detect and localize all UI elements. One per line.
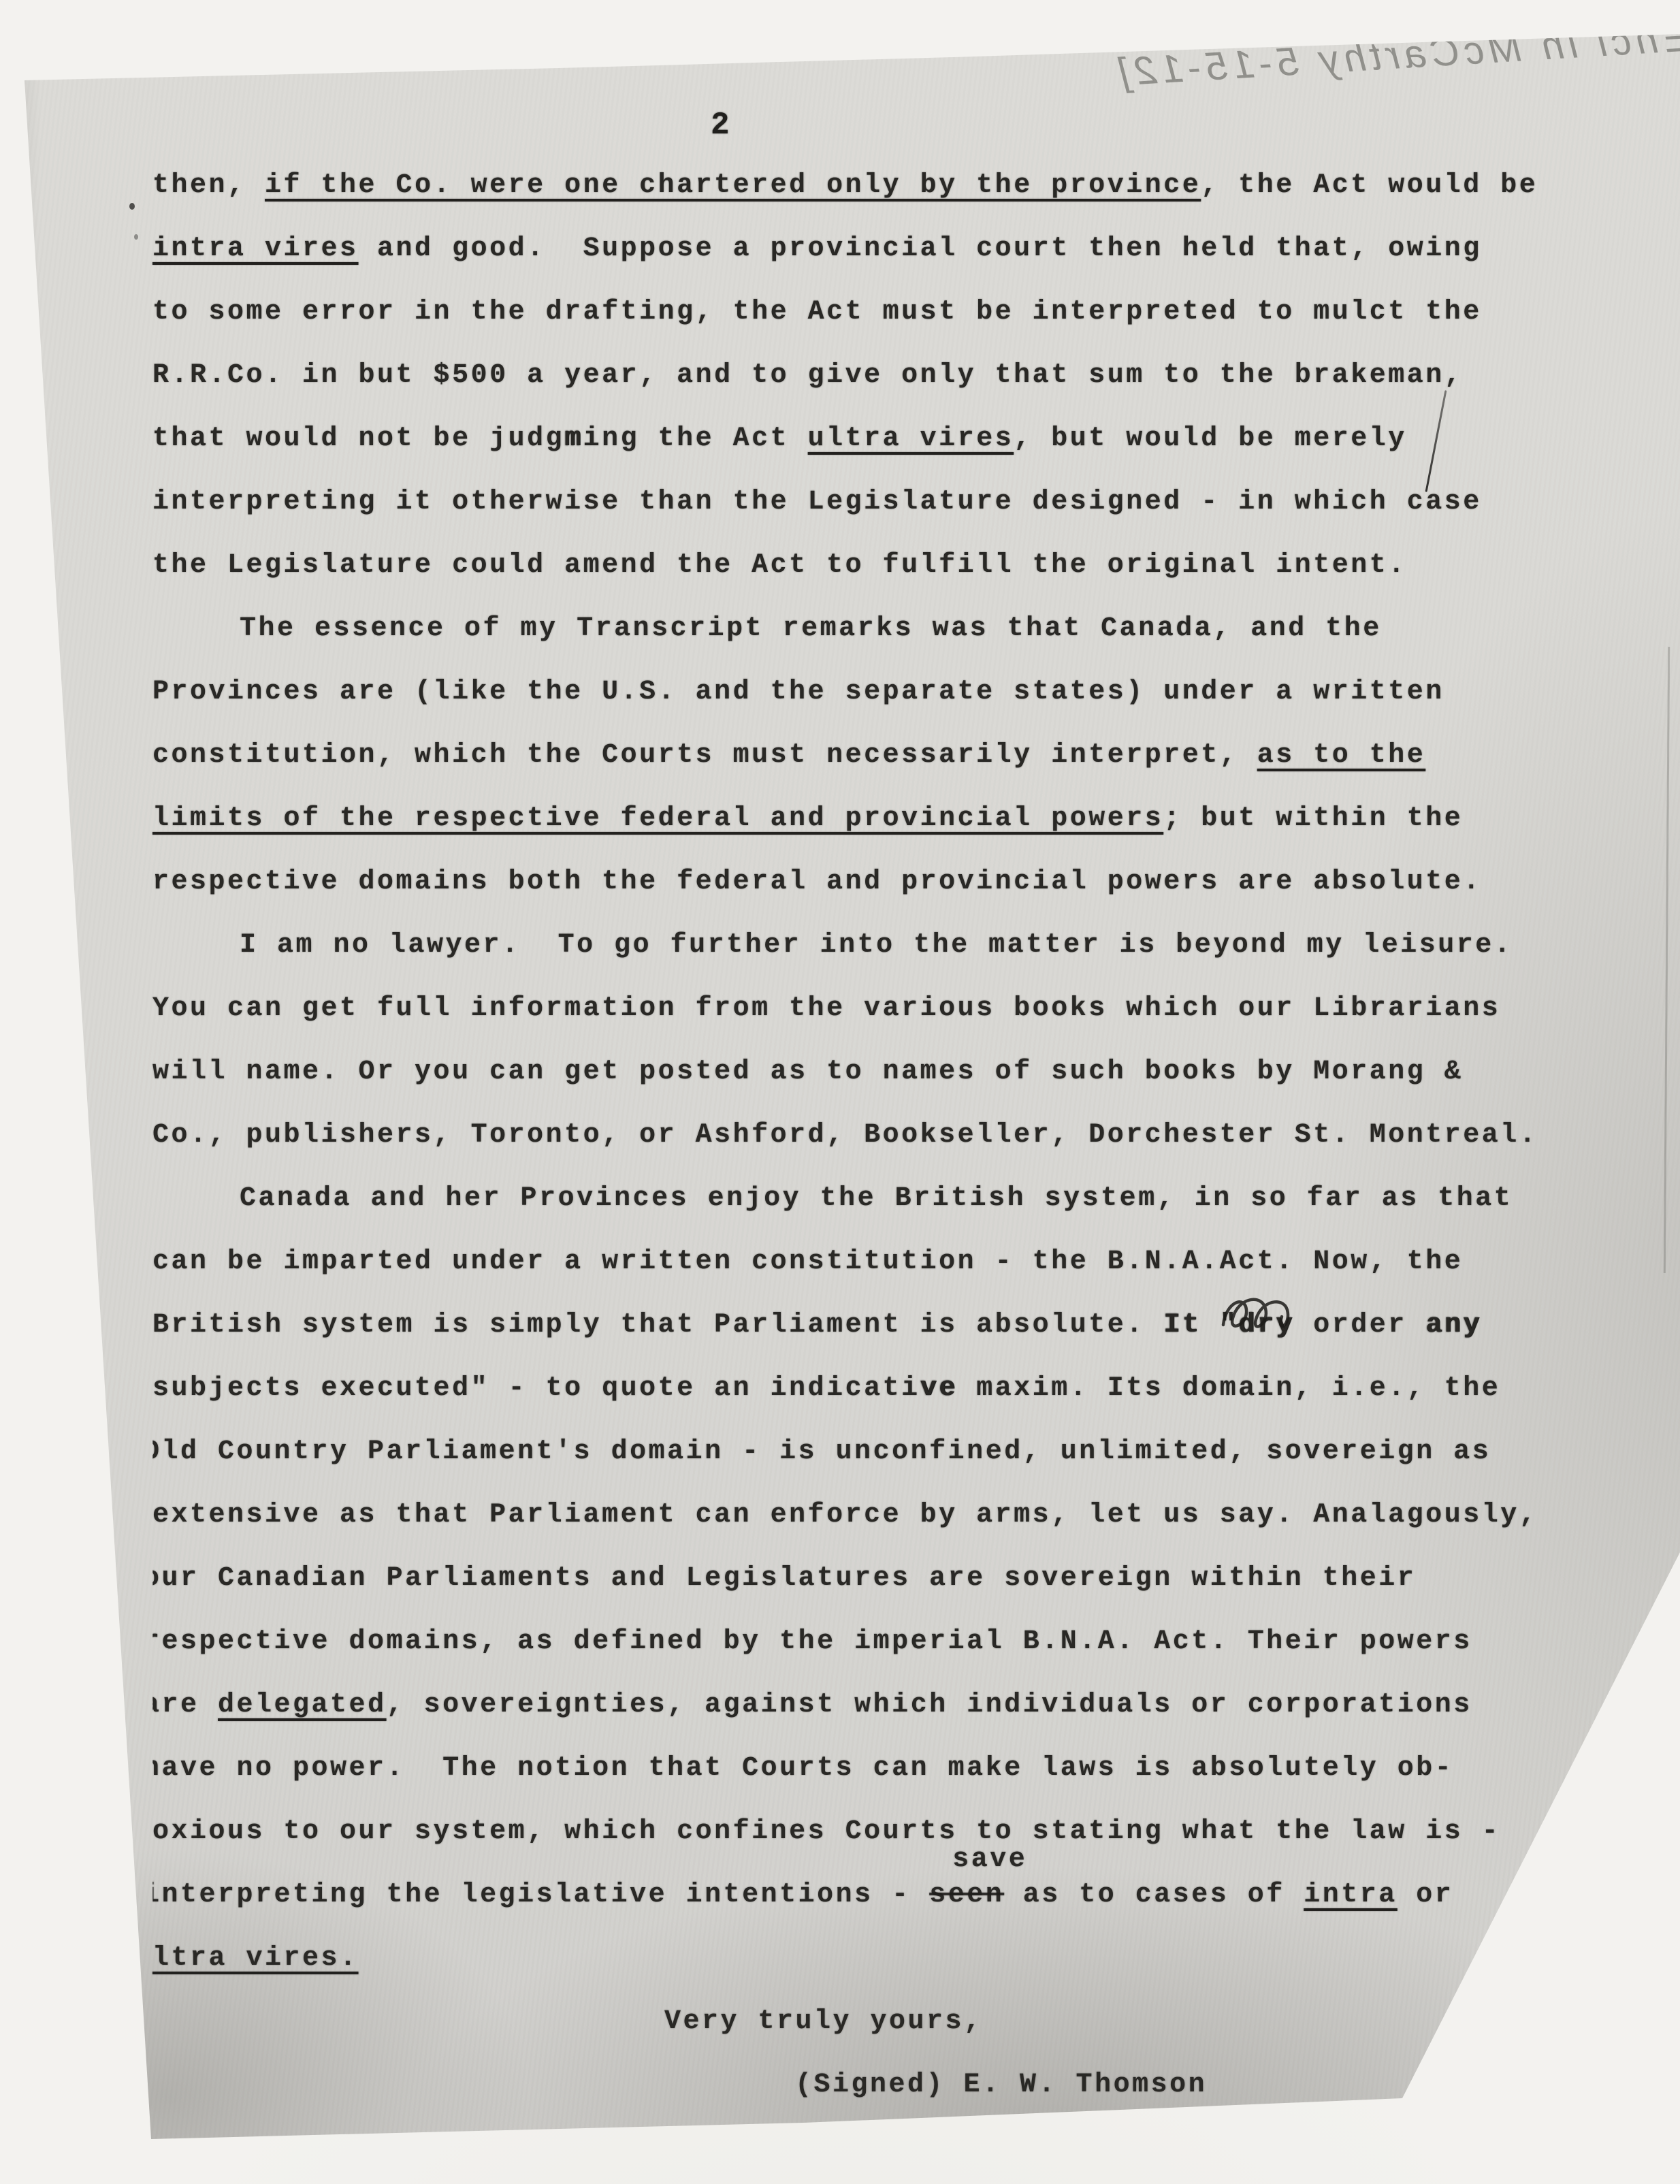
- text-segment: Co., publishers, Toronto, or Ashford, Bo…: [152, 1120, 1538, 1151]
- text-segment: Canada and her Provinces enjoy the Briti…: [240, 1183, 1513, 1214]
- text-segment: nterpreting the legislative intentions -: [162, 1880, 930, 1910]
- text-segment: as to cases of: [1004, 1880, 1304, 1910]
- text-segment: , sovereignties, against which individua…: [387, 1690, 1472, 1720]
- text-segment: interpreting it otherwise than the Legis…: [152, 487, 1482, 517]
- typed-line: our Canadian Parliaments and Legislature…: [152, 1563, 1416, 1594]
- text-segment: , but would be merely: [1014, 423, 1407, 454]
- typed-line: interpreting the legislative intentions …: [152, 1880, 1453, 1910]
- typed-line: You can get full information from the va…: [152, 993, 1500, 1024]
- typed-line: have no power. The notion that Courts ca…: [152, 1753, 1453, 1784]
- typed-line: Co., publishers, Toronto, or Ashford, Bo…: [152, 1120, 1538, 1151]
- typed-line: limits of the respective federal and pro…: [152, 803, 1463, 834]
- typed-line: to some error in the drafting, the Act m…: [152, 297, 1482, 327]
- text-segment: and good. Suppose a provincial court the…: [359, 234, 1482, 264]
- text-segment: as to the: [1257, 740, 1426, 771]
- text-segment: i: [143, 1880, 162, 1910]
- text-segment: The essence of my Transcript remarks was…: [240, 613, 1382, 644]
- text-segment: extensive as that Parliament can enforce…: [152, 1500, 1538, 1530]
- typed-line: respective domains, as defined by the im…: [152, 1626, 1472, 1657]
- text-segment: ": [1201, 1310, 1238, 1340]
- typed-line: constitution, which the Courts must nece…: [152, 740, 1425, 771]
- typed-line: then, if the Co. were one chartered only…: [152, 170, 1538, 201]
- text-segment: ltra vires.: [152, 1943, 359, 1974]
- text-segment: any: [1425, 1310, 1482, 1340]
- text-segment: intra: [1304, 1880, 1398, 1910]
- typed-line: that would not be judgming the Act ultra…: [152, 423, 1407, 454]
- text-segment: the Legislature could amend the Act to f…: [152, 550, 1407, 581]
- typed-line: subjects executed" - to quote an indicat…: [152, 1373, 1500, 1404]
- text-segment: h: [143, 1753, 162, 1784]
- text-segment: oxious to our system, which confines Cou…: [152, 1816, 1500, 1847]
- text-segment: intra vires: [152, 234, 359, 264]
- typed-line: will name. Or you can get posted as to n…: [152, 1057, 1463, 1087]
- typed-line: extensive as that Parliament can enforce…: [152, 1500, 1538, 1530]
- typed-line: ltra vires.: [152, 1943, 359, 1974]
- text-layer: then, if the Co. were one chartered only…: [0, 0, 1680, 2184]
- typed-line: R.R.Co. in but $500 a year, and to give …: [152, 360, 1463, 391]
- typed-line: the Legislature could amend the Act to f…: [152, 550, 1407, 581]
- text-segment: that would not be judg: [152, 423, 564, 454]
- text-segment: ur Canadian Parliaments and Legislatures…: [162, 1563, 1417, 1594]
- typed-line: Provinces are (like the U.S. and the sep…: [152, 677, 1444, 707]
- text-segment: a: [143, 1690, 162, 1720]
- ink-speck: [134, 234, 138, 240]
- typed-line: respective domains both the federal and …: [152, 867, 1482, 897]
- typed-line: British system is simply that Parliament…: [152, 1310, 1482, 1340]
- typed-line: oxious to our system, which confines Cou…: [152, 1816, 1500, 1847]
- text-segment: o: [143, 1563, 162, 1594]
- text-segment: to some error in the drafting, the Act m…: [152, 297, 1482, 327]
- text-segment: seensave: [929, 1880, 1004, 1910]
- ink-speck: [129, 203, 135, 210]
- text-segment: can be imparted under a written constitu…: [152, 1247, 1463, 1277]
- typed-line: can be imparted under a written constitu…: [152, 1247, 1463, 1277]
- typed-line: interpreting it otherwise than the Legis…: [152, 487, 1482, 517]
- text-segment: , the Act would be: [1201, 170, 1538, 201]
- text-segment: respective domains both the federal and …: [152, 867, 1482, 897]
- text-segment: maxim. Its domain, i.e., the: [958, 1373, 1501, 1404]
- text-segment: delegated: [218, 1690, 387, 1720]
- text-segment: You can get full information from the va…: [152, 993, 1500, 1024]
- text-segment: m: [564, 423, 583, 454]
- text-segment: limits of the respective federal and pro…: [152, 803, 1163, 834]
- text-segment: It: [1163, 1310, 1201, 1340]
- text-segment: ld Country Parliament's domain - is unco…: [162, 1436, 1491, 1467]
- text-segment: order: [1295, 1310, 1426, 1340]
- text-segment: espective domains, as defined by the imp…: [162, 1626, 1472, 1657]
- text-segment: Provinces are (like the U.S. and the sep…: [152, 677, 1444, 707]
- text-segment: or: [1398, 1880, 1454, 1910]
- typed-line: Old Country Parliament's domain - is unc…: [152, 1436, 1491, 1467]
- typed-line: The essence of my Transcript remarks was…: [152, 613, 1382, 644]
- text-segment: O: [143, 1436, 162, 1467]
- closing-line: Very truly yours,: [664, 2006, 983, 2037]
- text-segment: ultra vires: [808, 423, 1014, 454]
- text-segment: Very truly yours,: [664, 2006, 983, 2037]
- document-page: 2 Encl in McCarthy 5-15-12] then, if the…: [0, 0, 1680, 2184]
- text-segment: constitution, which the Courts must nece…: [152, 740, 1257, 771]
- text-segment: re: [162, 1690, 219, 1720]
- typed-line: Canada and her Provinces enjoy the Briti…: [152, 1183, 1513, 1214]
- text-segment: r: [143, 1626, 162, 1657]
- text-segment: if the Co. were one chartered only by th…: [265, 170, 1201, 201]
- typed-insertion-above: save: [952, 1844, 1027, 1875]
- text-segment: British system is simply that Parliament…: [152, 1310, 1163, 1340]
- text-segment: (Signed) E. W. Thomson: [795, 2070, 1207, 2100]
- typed-line: I am no lawyer. To go further into the m…: [152, 930, 1513, 961]
- text-segment: dry: [1238, 1310, 1295, 1340]
- text-segment: then,: [152, 170, 265, 201]
- typed-line: intra vires and good. Suppose a provinci…: [152, 234, 1482, 264]
- text-segment: ve: [920, 1373, 958, 1404]
- text-segment: ing the Act: [583, 423, 808, 454]
- typed-line: are delegated, sovereignties, against wh…: [152, 1690, 1472, 1720]
- signature-line: (Signed) E. W. Thomson: [795, 2070, 1207, 2100]
- text-segment: R.R.Co. in but $500 a year, and to give …: [152, 360, 1463, 391]
- scanned-letter-page: { "document": { "page_number": "2", "ann…: [0, 0, 1680, 2184]
- text-segment: I am no lawyer. To go further into the m…: [240, 930, 1513, 961]
- text-segment: subjects executed" - to quote an indicat…: [152, 1373, 920, 1404]
- text-segment: will name. Or you can get posted as to n…: [152, 1057, 1463, 1087]
- text-segment: ave no power. The notion that Courts can…: [162, 1753, 1454, 1784]
- text-segment: ; but within the: [1163, 803, 1463, 834]
